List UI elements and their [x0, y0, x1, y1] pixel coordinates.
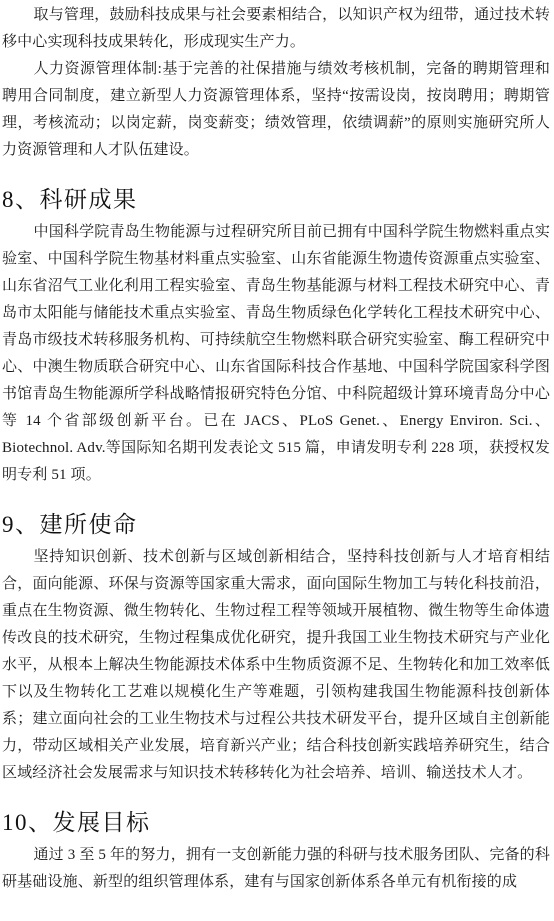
paragraph-tech-transfer-continued: 取与管理，鼓励科技成果与社会要素相结合，以知识产权为纽带，通过技术转移中心实现科…	[2, 2, 550, 56]
paragraph-hr-management-system: 人力资源管理体制:基于完善的社保措施与绩效考核机制，完备的聘期管理和聘用合同制度…	[2, 56, 550, 164]
section-body-research-achievements: 中国科学院青岛生物能源与过程研究所目前已拥有中国科学院生物燃料重点实验室、中国科…	[2, 219, 550, 489]
section-body-development-goals: 通过 3 至 5 年的努力，拥有一支创新能力强的科研与技术服务团队、完备的科研基…	[2, 842, 550, 896]
section-heading-institute-mission: 9、建所使命	[2, 511, 550, 539]
document-page: 取与管理，鼓励科技成果与社会要素相结合，以知识产权为纽带，通过技术转移中心实现科…	[0, 0, 554, 921]
section-body-institute-mission: 坚持知识创新、技术创新与区域创新相结合，坚持科技创新与人才培育相结合，面向能源、…	[2, 544, 550, 787]
section-heading-development-goals: 10、发展目标	[2, 809, 550, 837]
section-heading-research-achievements: 8、科研成果	[2, 186, 550, 214]
